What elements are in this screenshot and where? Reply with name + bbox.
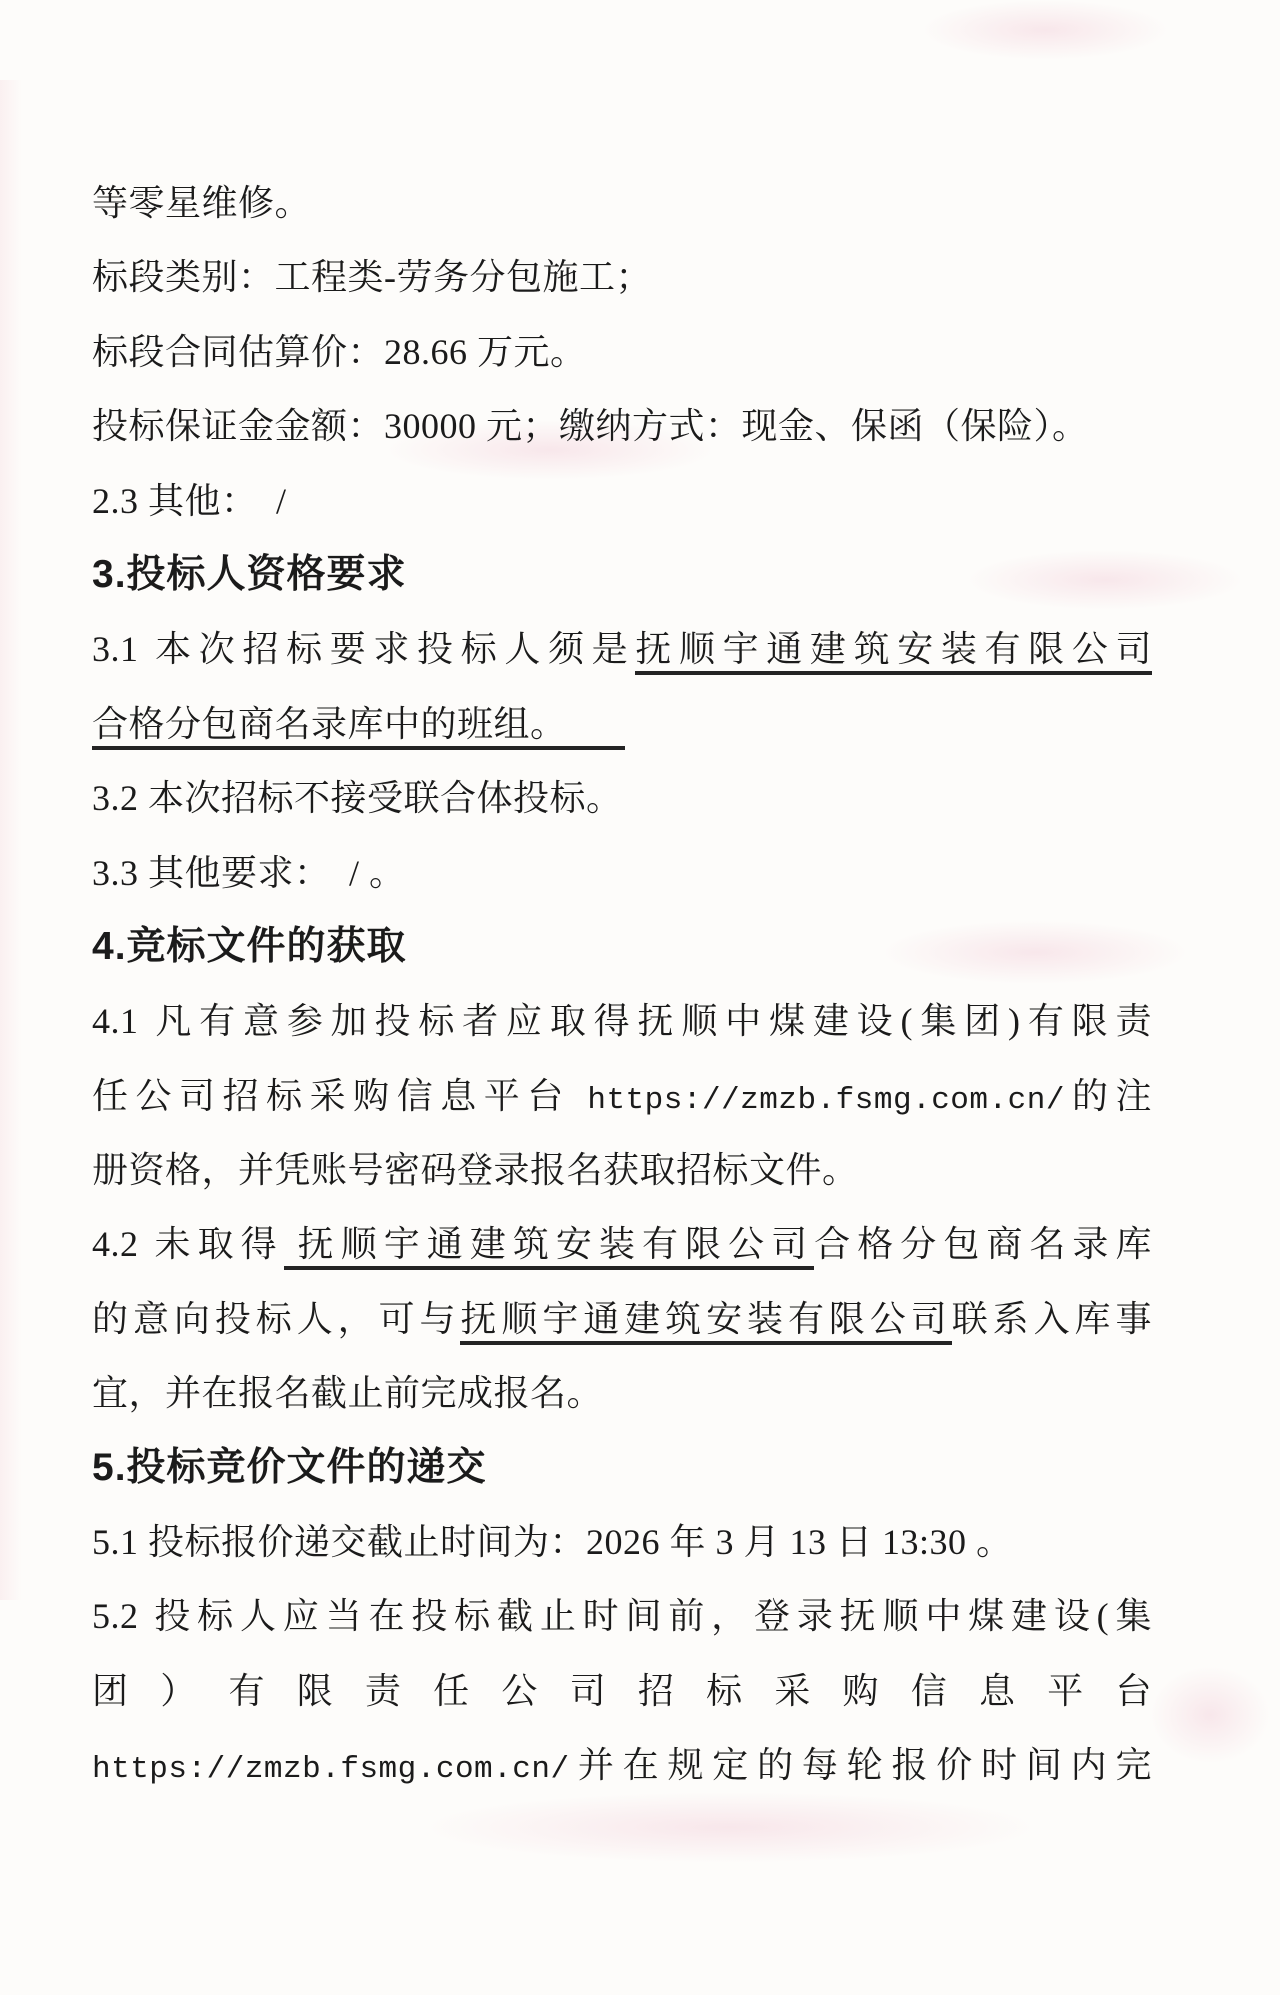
line-other-2-3: 2.3 其他： / xyxy=(92,464,1152,538)
line-text: 任公司招标采购信息平台 xyxy=(92,1076,587,1116)
line-text: 标段类别：工程类-劳务分包施工； xyxy=(92,257,652,297)
line-bid-bond: 投标保证金金额：30000 元；缴纳方式：现金、保函（保险）。 xyxy=(92,389,1152,463)
line-clause-4-1: 4.1 凡有意参加投标者应取得抚顺中煤建设(集团)有限责 xyxy=(92,984,1152,1058)
heading-text: 5.投标竞价文件的递交 xyxy=(92,1446,487,1489)
line-text: 册资格，并凭账号密码登录报名获取招标文件。 xyxy=(92,1150,859,1190)
line-section-type: 标段类别：工程类-劳务分包施工； xyxy=(92,240,1152,314)
line-clause-3-3: 3.3 其他要求： / 。 xyxy=(92,836,1152,910)
line-text: 3.1 本次招标要求投标人须是 xyxy=(92,629,635,669)
platform-url: https://zmzb.fsmg.com.cn/ xyxy=(587,1083,1065,1118)
line-text: 5.2 投标人应当在投标截止时间前，登录抚顺中煤建设(集 xyxy=(92,1596,1152,1636)
line-text: 投标保证金金额：30000 元；缴纳方式：现金、保函（保险）。 xyxy=(92,406,1089,446)
line-text: 并在规定的每轮报价时间内完 xyxy=(570,1745,1152,1785)
line-text: 的意向投标人，可与 xyxy=(92,1299,460,1339)
line-clause-4-2-cont-1: 的意向投标人，可与抚顺宇通建筑安装有限公司联系入库事 xyxy=(92,1282,1152,1356)
line-estimate-price: 标段合同估算价：28.66 万元。 xyxy=(92,315,1152,389)
scanned-document-page: 等零星维修。 标段类别：工程类-劳务分包施工； 标段合同估算价：28.66 万元… xyxy=(0,0,1280,1995)
heading-text: 4.竞标文件的获取 xyxy=(92,925,407,968)
underlined-company-name: 抚顺宇通建筑安装有限公司 xyxy=(635,629,1152,675)
scan-artifact xyxy=(0,80,22,1600)
underlined-company-name: 抚顺宇通建筑安装有限公司 xyxy=(460,1299,951,1345)
line-clause-4-2-cont-2: 宜，并在报名截止前完成报名。 xyxy=(92,1356,1152,1430)
line-text: 4.1 凡有意参加投标者应取得抚顺中煤建设(集团)有限责 xyxy=(92,1001,1152,1041)
line-clause-5-2: 5.2 投标人应当在投标截止时间前，登录抚顺中煤建设(集 xyxy=(92,1579,1152,1653)
underlined-company-name: 抚顺宇通建筑安装有限公司 xyxy=(284,1224,815,1270)
line-clause-3-1-cont: 合格分包商名录库中的班组。 xyxy=(92,687,1152,761)
line-text: 等零星维修。 xyxy=(92,183,311,223)
line-text: 宜，并在报名截止前完成报名。 xyxy=(92,1373,603,1413)
heading-5-submission: 5.投标竞价文件的递交 xyxy=(92,1431,1152,1505)
heading-4-obtaining-documents: 4.竞标文件的获取 xyxy=(92,910,1152,984)
line-clause-3-1: 3.1 本次招标要求投标人须是抚顺宇通建筑安装有限公司 xyxy=(92,612,1152,686)
heading-text: 3.投标人资格要求 xyxy=(92,553,407,596)
line-scope-tail: 等零星维修。 xyxy=(92,166,1152,240)
line-clause-5-1: 5.1 投标报价递交截止时间为：2026 年 3 月 13 日 13:30 。 xyxy=(92,1505,1152,1579)
line-clause-3-2: 3.2 本次招标不接受联合体投标。 xyxy=(92,761,1152,835)
line-clause-5-2-cont-2: https://zmzb.fsmg.com.cn/并在规定的每轮报价时间内完 xyxy=(92,1728,1152,1802)
line-text: 标段合同估算价：28.66 万元。 xyxy=(92,332,587,372)
underlined-text: 合格分包商名录库中的班组。 xyxy=(92,704,625,750)
line-clause-4-1-cont-1: 任公司招标采购信息平台 https://zmzb.fsmg.com.cn/的注 xyxy=(92,1059,1152,1133)
line-text: 的注 xyxy=(1065,1076,1152,1116)
line-text: 团）有限责任公司招标采购信息平台 xyxy=(92,1671,1152,1711)
line-clause-4-1-cont-2: 册资格，并凭账号密码登录报名获取招标文件。 xyxy=(92,1133,1152,1207)
line-clause-4-2: 4.2 未取得抚顺宇通建筑安装有限公司合格分包商名录库 xyxy=(92,1207,1152,1281)
line-text: 联系入库事 xyxy=(952,1299,1152,1339)
line-text: 2.3 其他： / xyxy=(92,481,287,521)
scan-artifact xyxy=(1130,1650,1280,1780)
line-text: 3.3 其他要求： / 。 xyxy=(92,853,406,893)
line-text: 5.1 投标报价递交截止时间为：2026 年 3 月 13 日 13:30 。 xyxy=(92,1522,1013,1562)
line-clause-5-2-cont-1: 团）有限责任公司招标采购信息平台 xyxy=(92,1654,1152,1728)
scan-artifact xyxy=(880,0,1210,70)
line-text: 合格分包商名录库 xyxy=(814,1224,1152,1264)
heading-3-bidder-qualifications: 3.投标人资格要求 xyxy=(92,538,1152,612)
line-text: 3.2 本次招标不接受联合体投标。 xyxy=(92,778,623,818)
line-text: 4.2 未取得 xyxy=(92,1224,284,1264)
document-content: 等零星维修。 标段类别：工程类-劳务分包施工； 标段合同估算价：28.66 万元… xyxy=(92,166,1152,1803)
platform-url: https://zmzb.fsmg.com.cn/ xyxy=(92,1752,570,1787)
